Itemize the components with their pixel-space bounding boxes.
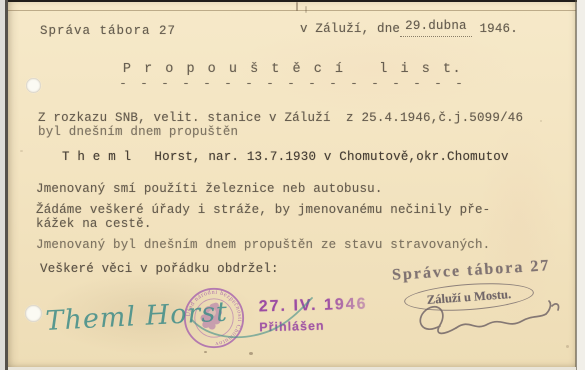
released-person-signature-text: Theml Horst [45,296,229,337]
punch-hole-top [26,78,41,93]
punch-hole-bottom [25,305,42,322]
paper-mark [296,2,298,11]
title-underline: - - - - - - - - - - - - - - - - - [0,77,585,91]
paper-speck [20,150,23,152]
paper-speck [249,352,253,355]
transport-line: Jmenovaný smí použíti železnice neb auto… [36,182,383,196]
scan-edge-right [577,0,585,370]
paper-speck [204,351,207,353]
paper-speck [540,120,542,122]
released-person-signature: Theml Horst [42,296,332,356]
person-name-line: T h e m l Horst, nar. 13.7.1930 v Chomut… [62,150,509,164]
camp-administration-label: Správa tábora 27 [40,24,176,38]
paper-speck [566,345,569,348]
place-date-prefix: v Záluží, dne [300,22,400,36]
order-line-1: Z rozkazu SNB, velit. stanice v Záluží z… [38,111,523,125]
request-line-1: Žádáme veškeré úřady i stráže, by jmenov… [36,203,490,217]
typed-date: 29.dubna [405,19,467,33]
order-line-2: byl dnešním dnem propuštěn [38,125,238,139]
request-line-2: kážek na cestě. [36,217,152,231]
place-date-line: v Záluží, dne29.dubna 1946. [300,22,518,37]
scan-edge-top [0,0,585,2]
received-line: Veškeré věci v pořádku obdržel: [40,262,279,276]
paper-mark [305,6,307,13]
camp-manager-signature [412,292,572,347]
fold-crease [8,10,576,11]
scanned-document: Správa tábora 27 v Záluží, dne29.dubna 1… [0,0,585,370]
document-title: P r o p o u š t ě c í l i s t. [0,62,585,78]
typed-date-fill: 29.dubna [400,22,472,37]
typed-year: 1946. [479,22,518,36]
release-line: Jmenovaný byl dnešním dnem propuštěn ze … [36,238,490,252]
scan-edge-left-shadow [5,0,8,370]
